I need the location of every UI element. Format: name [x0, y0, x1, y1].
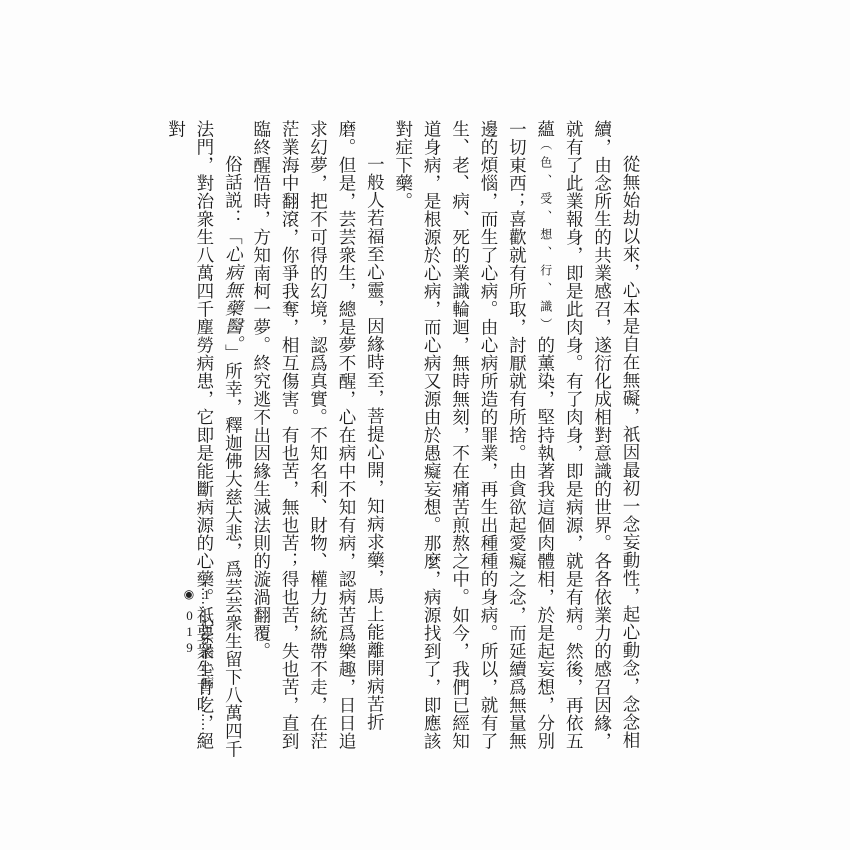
paragraph-text: 的薰染，堅持執著我這個肉體相，於是起妄想，分別一切東西；喜歡就有所取，討厭就有所… — [394, 120, 556, 750]
book-title: 心宗治心病 — [199, 616, 214, 691]
footer: 1心宗治心病◉019 — [181, 587, 216, 745]
paragraph-text: 一般人若福至心靈，因緣時至，菩提心開，知病求藥，馬上能離開病苦折磨。但是，芸芸衆… — [252, 120, 386, 750]
page-number: 019 — [182, 608, 197, 656]
main-text-block: 從無始劫以來，心本是自在無礙，祇因最初一念妄動性，起心動念，念念相續，由念所生的… — [162, 120, 645, 760]
paragraph: 一般人若福至心靈，因緣時至，菩提心開，知病求藥，馬上能離開病苦折磨。但是，芸芸衆… — [247, 120, 389, 760]
book-page: 從無始劫以來，心本是自在無礙，祇因最初一念妄動性，起心動念，念念相續，由念所生的… — [0, 0, 850, 850]
paragraph-text: 俗話説：「 — [223, 155, 243, 245]
chapter-number: 1 — [199, 587, 214, 604]
paragraph: 從無始劫以來，心本是自在無礙，祇因最初一念妄動性，起心動念，念念相續，由念所生的… — [389, 120, 645, 760]
bullseye-icon: ◉ — [182, 587, 196, 603]
quoted-saying: 心病無藥醫。 — [223, 245, 243, 344]
parenthetical-annotation: （色、受、想、行、識） — [539, 138, 553, 336]
